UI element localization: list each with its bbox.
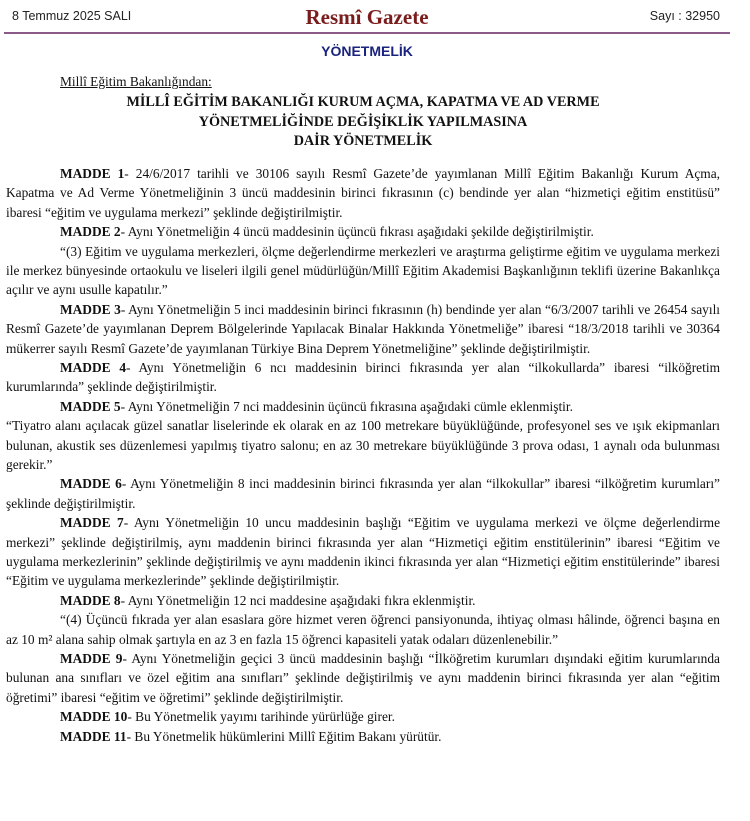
article-text: - Aynı Yönetmeliğin 4 üncü maddesinin üç… <box>121 224 594 239</box>
article-label: MADDE 5 <box>60 399 121 414</box>
article-label: MADDE 4 <box>60 360 126 375</box>
article-paragraph: MADDE 10- Bu Yönetmelik yayımı tarihinde… <box>6 707 720 726</box>
article-label: MADDE 8 <box>60 593 121 608</box>
article-label: MADDE 1 <box>60 166 124 181</box>
article-paragraph: MADDE 9- Aynı Yönetmeliğin geçici 3 üncü… <box>6 649 720 707</box>
article-text: “Tiyatro alanı açılacak güzel sanatlar l… <box>6 418 720 472</box>
quoted-paragraph: “Tiyatro alanı açılacak güzel sanatlar l… <box>6 416 720 474</box>
quoted-paragraph: “(3) Eğitim ve uygulama merkezleri, ölçm… <box>6 242 720 300</box>
article-text: - Aynı Yönetmeliğin 7 nci maddesinin üçü… <box>121 399 573 414</box>
regulation-title-line: MİLLÎ EĞİTİM BAKANLIĞI KURUM AÇMA, KAPAT… <box>6 93 720 113</box>
article-label: MADDE 11 <box>60 729 127 744</box>
regulation-document: Millî Eğitim Bakanlığından: MİLLÎ EĞİTİM… <box>6 72 720 746</box>
regulation-title-line: DAİR YÖNETMELİK <box>6 132 720 152</box>
article-paragraph: MADDE 8- Aynı Yönetmeliğin 12 nci maddes… <box>6 591 720 610</box>
article-label: MADDE 6 <box>60 476 122 491</box>
article-paragraph: MADDE 2- Aynı Yönetmeliğin 4 üncü maddes… <box>6 222 720 241</box>
article-text: - Bu Yönetmelik yayımı tarihinde yürürlü… <box>127 709 395 724</box>
article-paragraph: MADDE 7- Aynı Yönetmeliğin 10 uncu madde… <box>6 513 720 591</box>
regulation-title: MİLLÎ EĞİTİM BAKANLIĞI KURUM AÇMA, KAPAT… <box>6 93 720 152</box>
article-label: MADDE 10 <box>60 709 127 724</box>
article-paragraph: MADDE 5- Aynı Yönetmeliğin 7 nci maddesi… <box>6 397 720 416</box>
issuing-ministry: Millî Eğitim Bakanlığından: <box>60 72 720 91</box>
article-text: “(4) Üçüncü fıkrada yer alan esaslara gö… <box>6 612 720 646</box>
issue-number: Sayı : 32950 <box>650 9 720 23</box>
article-label: MADDE 2 <box>60 224 121 239</box>
article-paragraph: MADDE 6- Aynı Yönetmeliğin 8 inci maddes… <box>6 474 720 513</box>
regulation-title-line: YÖNETMELİĞİNDE DEĞİŞİKLİK YAPILMASINA <box>6 113 720 133</box>
gazette-title: Resmî Gazete <box>4 5 730 30</box>
article-label: MADDE 3 <box>60 302 121 317</box>
section-type-heading: YÖNETMELİK <box>0 43 734 59</box>
article-text: - Aynı Yönetmeliğin 12 nci maddesine aşa… <box>121 593 476 608</box>
article-list: MADDE 1- 24/6/2017 tarihli ve 30106 sayı… <box>6 164 720 746</box>
article-text: “(3) Eğitim ve uygulama merkezleri, ölçm… <box>6 244 720 298</box>
article-paragraph: MADDE 3- Aynı Yönetmeliğin 5 inci maddes… <box>6 300 720 358</box>
quoted-paragraph: “(4) Üçüncü fıkrada yer alan esaslara gö… <box>6 610 720 649</box>
article-label: MADDE 9 <box>60 651 122 666</box>
article-paragraph: MADDE 4- Aynı Yönetmeliğin 6 ncı maddesi… <box>6 358 720 397</box>
article-text: - Bu Yönetmelik hükümlerini Millî Eğitim… <box>127 729 442 744</box>
article-paragraph: MADDE 1- 24/6/2017 tarihli ve 30106 sayı… <box>6 164 720 222</box>
article-label: MADDE 7 <box>60 515 124 530</box>
article-paragraph: MADDE 11- Bu Yönetmelik hükümlerini Mill… <box>6 727 720 746</box>
gazette-header: 8 Temmuz 2025 SALI Resmî Gazete Sayı : 3… <box>4 0 730 34</box>
